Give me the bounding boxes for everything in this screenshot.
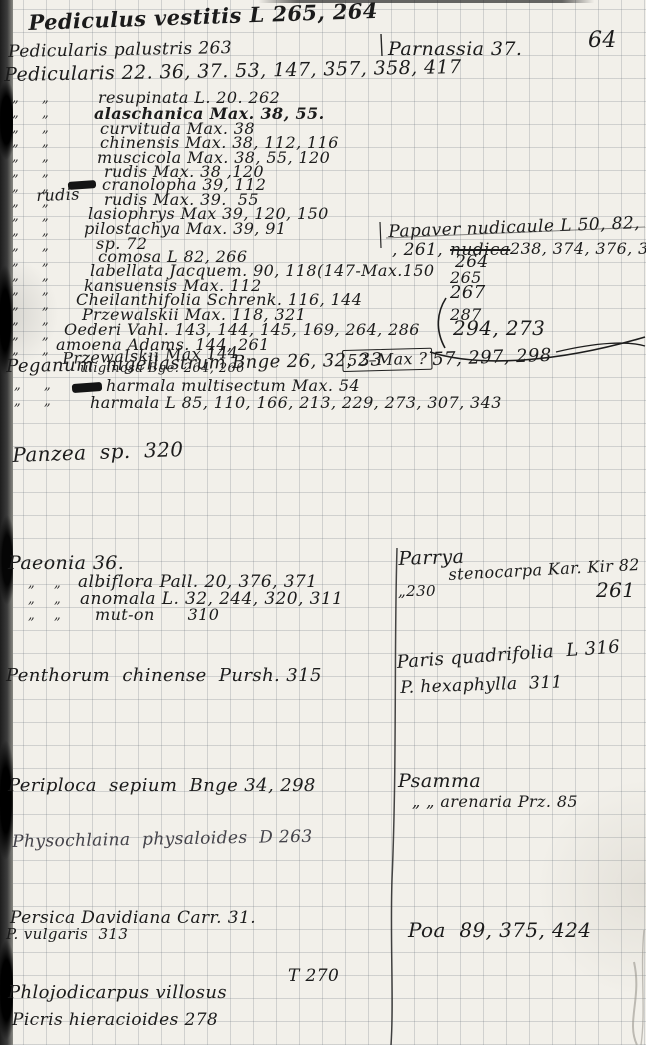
index-entry-paeonia: Paeonia 36. [8,552,124,574]
phlojodicarpus-pages: T 270 [288,966,339,986]
index-entry-periploca: Periploca sepium Bnge 34, 298 [8,775,316,796]
index-entry-poa: Poa 89, 375, 424 [408,918,591,942]
ink-brace [438,298,446,348]
ink-scribble [72,382,103,393]
index-entry-papaver: Papaver nudicaule L 50, 82, 230 [388,212,646,242]
margin-note-rudis: rudis [36,184,80,205]
boxed-note-52-max: 52–Max ? [342,348,433,372]
ditto-marks-column: „ „ „ [54,576,61,624]
index-entry-physochlaina: Physochlaina physaloides D 263 [12,827,313,852]
edge-crease [633,962,637,1045]
papaver-page-267: 267 [450,282,486,303]
ditto-marks-column: „ „ [44,378,51,410]
index-entry-phlojodicarpus: Phlojodicarpus villosus [8,982,227,1003]
index-entry-pedicularis-palustris: Pedicularis palustris 263 [8,38,232,62]
ditto-marks-column: „ „ „ „ „ „ „ „ „ „ „ „ „ „ „ „ „ „ [42,92,49,358]
index-entry-papaver-cont2: 238, 374, 376, 378 [510,239,646,258]
index-entry-paris-hexaphylla: P. hexaphylla 311 [400,672,563,698]
index-entry-pediculus: Pediculus vestitis L 265, 264 [28,0,378,35]
tick-mark [380,222,381,248]
parrya-page-230: „230 [398,582,436,600]
ditto-marks-column: „ „ „ „ „ „ „ „ „ „ „ „ „ „ „ „ „ „ [12,92,19,358]
index-entry-arenaria: „ „ arenaria Prz. 85 [412,792,578,811]
index-entry-psamma: Psamma [398,770,481,792]
ditto-marks-column: „ „ [14,378,21,410]
index-entry-papaver-cont: , 261, [392,240,443,260]
scanned-page: Pediculus vestitis L 265, 264 Pediculari… [0,0,646,1045]
papaver-page-294-273: 294, 273 [453,316,545,340]
ditto-marks-column: „ „ „ [28,576,35,624]
ink-flourish [556,343,645,352]
index-entry-persica-vulgaris: P. vulgaris 313 [6,925,128,943]
parrya-page-261: 261 [596,578,635,602]
column-divider-line [391,548,397,1045]
index-entry-muton: mut-on 310 [95,605,219,624]
index-entry-penthorum: Penthorum chinense Pursh. 315 [6,665,322,686]
tick-mark [381,34,382,56]
edge-crease [641,930,644,1045]
index-entry-paris-quadrifolia: Paris quadrifolia L 316 [396,636,621,673]
index-entry-picris: Picris hieracioides 278 [12,1010,218,1030]
page-number: 64 [588,28,617,53]
index-entry-peganum-pages: 57, 297, 298 [432,345,552,370]
index-entry-harmala: harmala L 85, 110, 166, 213, 229, 273, 3… [90,393,502,412]
index-entry-panzea: Panzea sp. 320 [12,437,184,467]
